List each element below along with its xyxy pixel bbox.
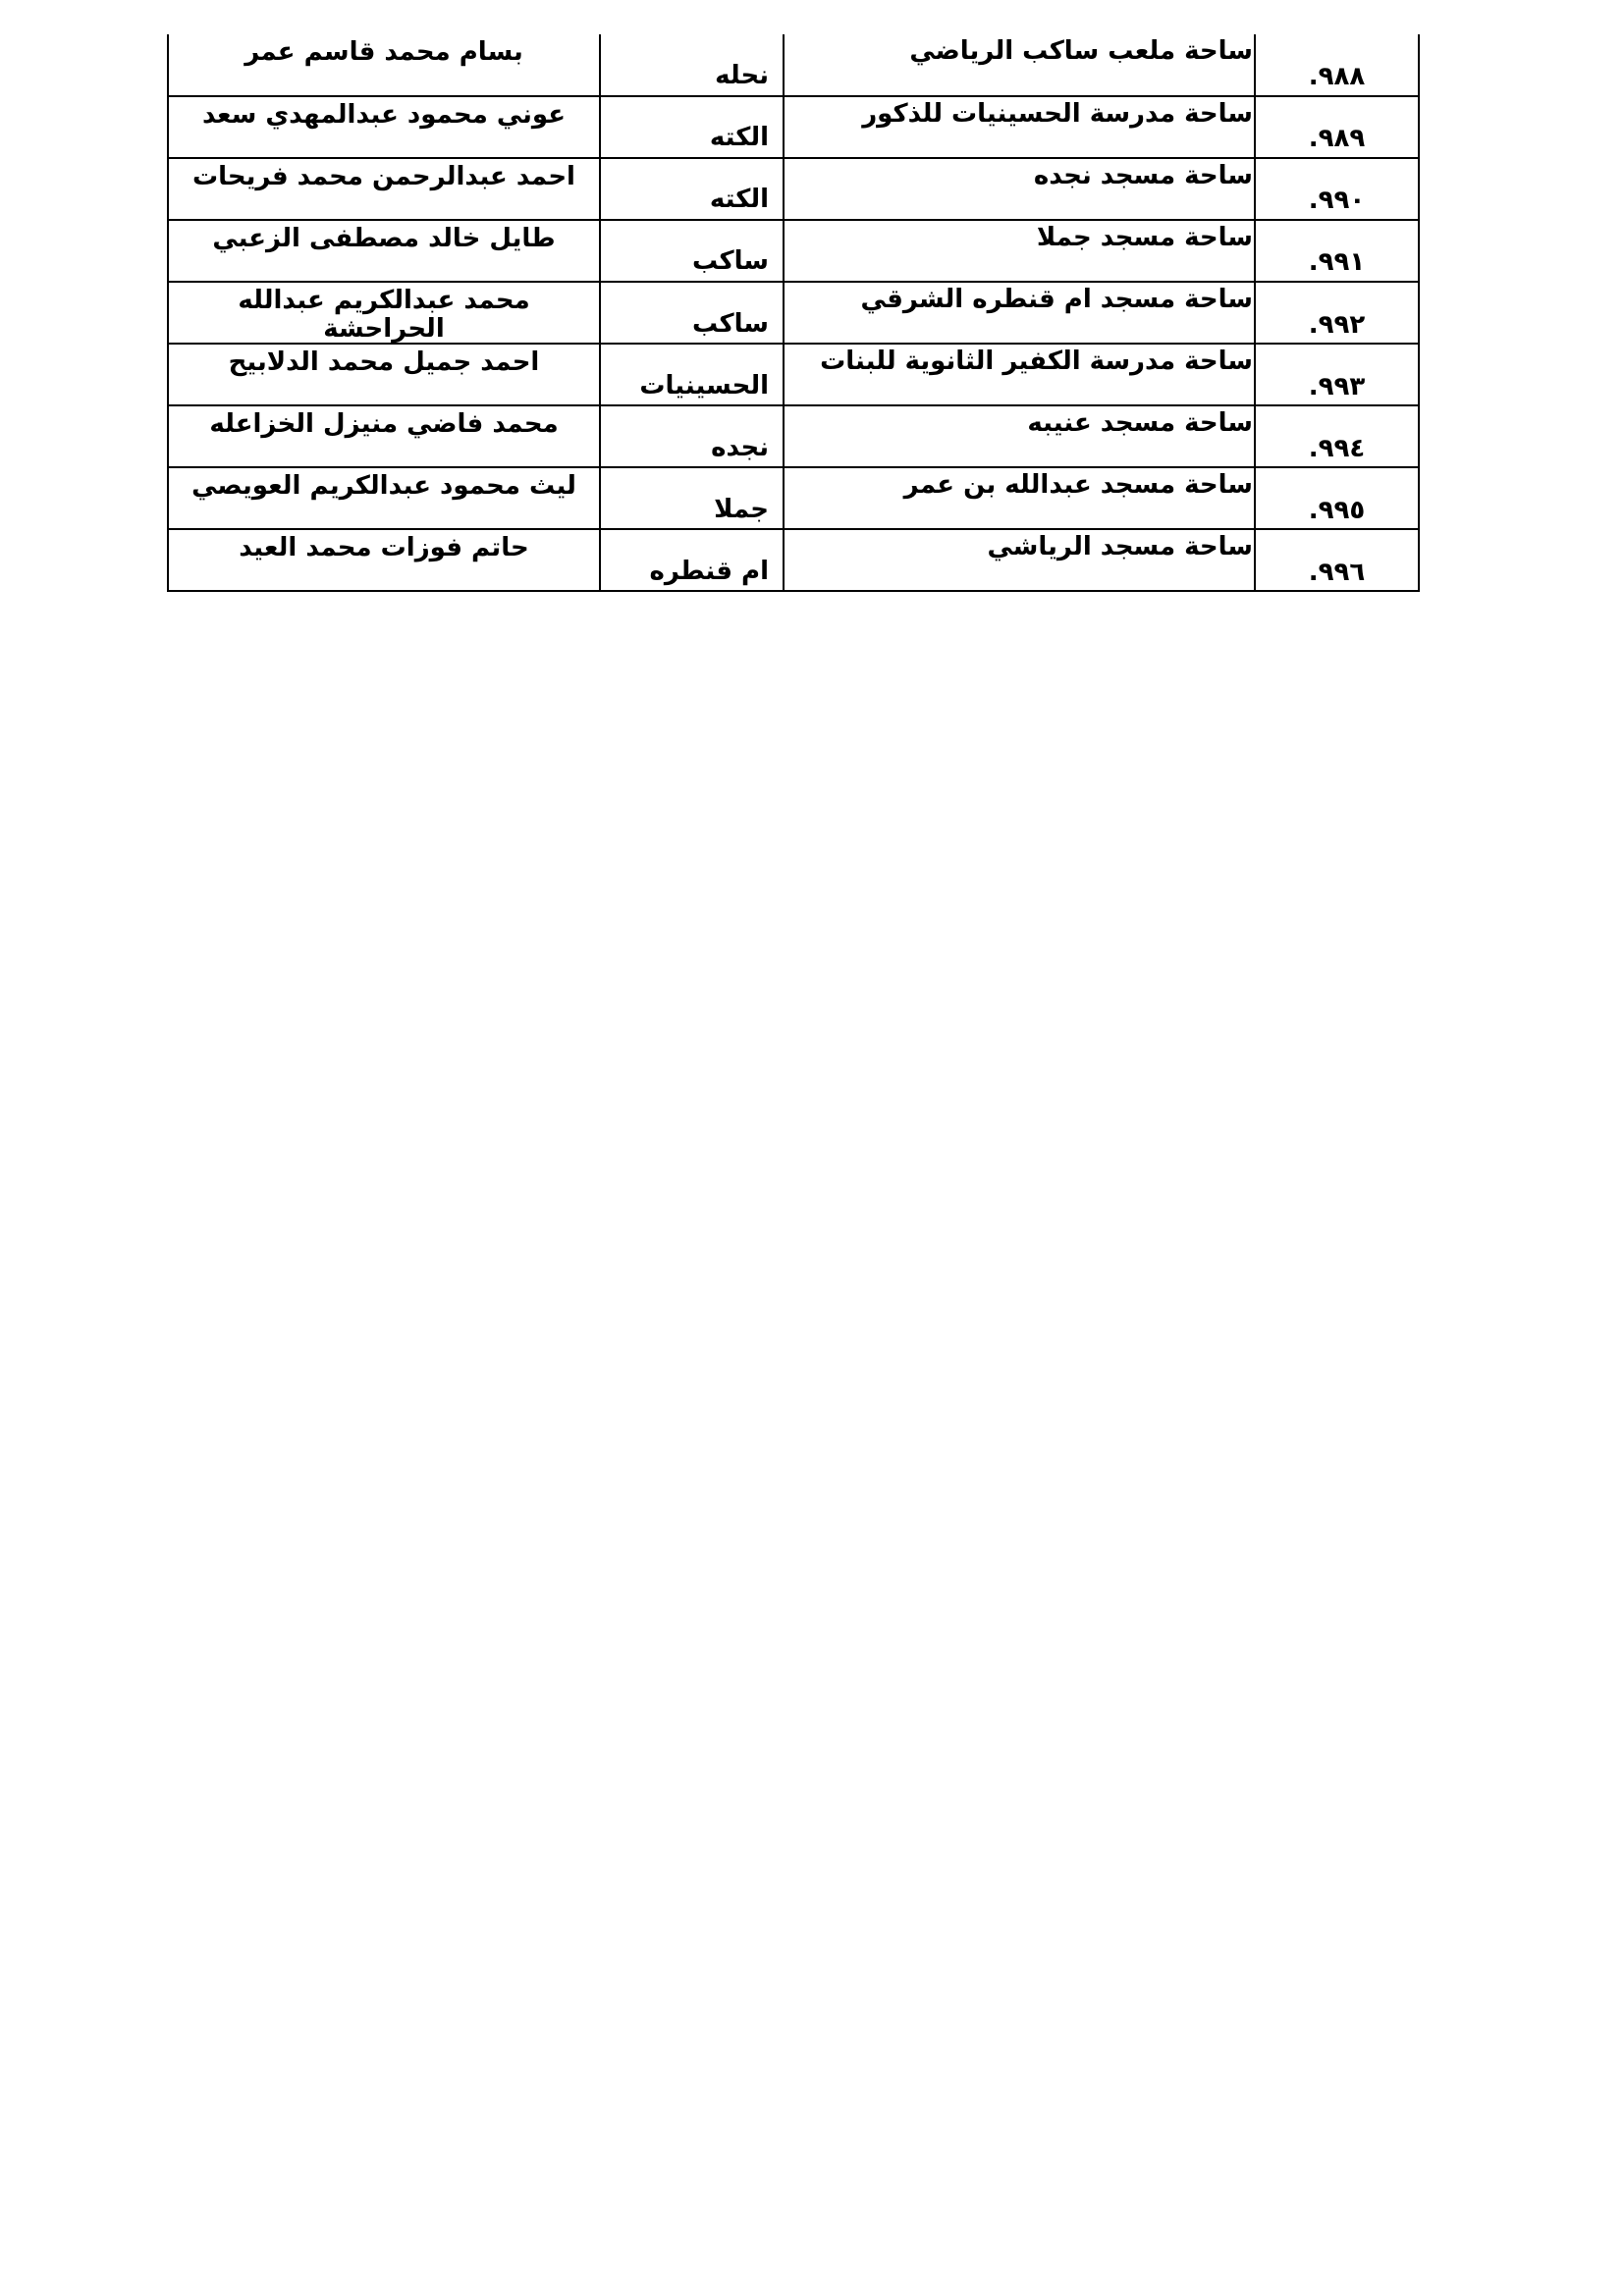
document-page: ٩٨٨.ساحة ملعب ساكب الرياضينحلهبسام محمد …	[0, 0, 1624, 2296]
table-row: ٩٩٦.ساحة مسجد الرياشيام قنطرهحاتم فوزات …	[168, 529, 1419, 591]
cell-location: ساحة مسجد عنيبه	[784, 405, 1255, 467]
names-table: ٩٨٨.ساحة ملعب ساكب الرياضينحلهبسام محمد …	[167, 34, 1420, 592]
cell-number: ٩٩١.	[1255, 220, 1419, 282]
cell-name: احمد عبدالرحمن محمد فريحات	[168, 158, 600, 220]
cell-number: ٩٩٤.	[1255, 405, 1419, 467]
cell-name: طايل خالد مصطفى الزعبي	[168, 220, 600, 282]
cell-name: بسام محمد قاسم عمر	[168, 34, 600, 96]
cell-location: ساحة مسجد نجده	[784, 158, 1255, 220]
cell-number: ٩٩٠.	[1255, 158, 1419, 220]
cell-name: محمد عبدالكريم عبدالله الحراحشة	[168, 282, 600, 344]
table-row: ٩٩٢.ساحة مسجد ام قنطره الشرقيساكبمحمد عب…	[168, 282, 1419, 344]
table-row: ٩٨٨.ساحة ملعب ساكب الرياضينحلهبسام محمد …	[168, 34, 1419, 96]
cell-location: ساحة مسجد جملا	[784, 220, 1255, 282]
cell-number: ٩٨٩.	[1255, 96, 1419, 158]
cell-name: حاتم فوزات محمد العيد	[168, 529, 600, 591]
cell-village: ساكب	[600, 282, 784, 344]
cell-number: ٩٩٦.	[1255, 529, 1419, 591]
cell-village: ساكب	[600, 220, 784, 282]
table-row: ٩٩٥.ساحة مسجد عبدالله بن عمرجملاليث محمو…	[168, 467, 1419, 529]
table-row: ٩٩٤.ساحة مسجد عنيبهنجدهمحمد فاضي منيزل ا…	[168, 405, 1419, 467]
cell-village: ام قنطره	[600, 529, 784, 591]
cell-village: الكته	[600, 158, 784, 220]
table-row: ٩٩٠.ساحة مسجد نجدهالكتهاحمد عبدالرحمن مح…	[168, 158, 1419, 220]
cell-number: ٩٨٨.	[1255, 34, 1419, 96]
cell-village: جملا	[600, 467, 784, 529]
cell-location: ساحة مسجد الرياشي	[784, 529, 1255, 591]
names-table-body: ٩٨٨.ساحة ملعب ساكب الرياضينحلهبسام محمد …	[168, 34, 1419, 591]
cell-village: نجده	[600, 405, 784, 467]
cell-location: ساحة مدرسة الحسينيات للذكور	[784, 96, 1255, 158]
table-row: ٩٩١.ساحة مسجد جملاساكبطايل خالد مصطفى ال…	[168, 220, 1419, 282]
cell-location: ساحة مسجد عبدالله بن عمر	[784, 467, 1255, 529]
cell-number: ٩٩٢.	[1255, 282, 1419, 344]
cell-number: ٩٩٣.	[1255, 344, 1419, 405]
cell-name: احمد جميل محمد الدلابيح	[168, 344, 600, 405]
cell-village: الحسينيات	[600, 344, 784, 405]
cell-village: الكته	[600, 96, 784, 158]
table-row: ٩٨٩.ساحة مدرسة الحسينيات للذكورالكتهعوني…	[168, 96, 1419, 158]
table-row: ٩٩٣.ساحة مدرسة الكفير الثانوية للبناتالح…	[168, 344, 1419, 405]
cell-location: ساحة ملعب ساكب الرياضي	[784, 34, 1255, 96]
cell-location: ساحة مدرسة الكفير الثانوية للبنات	[784, 344, 1255, 405]
cell-name: محمد فاضي منيزل الخزاعله	[168, 405, 600, 467]
cell-number: ٩٩٥.	[1255, 467, 1419, 529]
cell-name: ليث محمود عبدالكريم العويصي	[168, 467, 600, 529]
cell-village: نحله	[600, 34, 784, 96]
cell-location: ساحة مسجد ام قنطره الشرقي	[784, 282, 1255, 344]
cell-name: عوني محمود عبدالمهدي سعد	[168, 96, 600, 158]
